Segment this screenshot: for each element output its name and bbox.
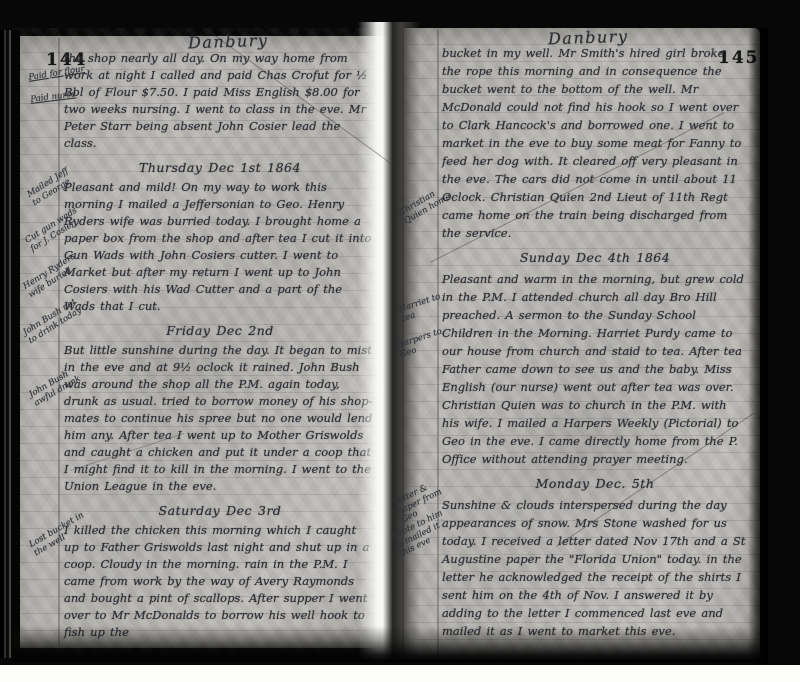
entry-heading-sunday: Sunday Dec 4th 1864	[442, 249, 748, 267]
page-stack-edge-bottom	[12, 626, 760, 662]
right-page-text-column: bucket in my well. Mr Smith's hired girl…	[442, 44, 748, 642]
entry-body-friday: But little sunshine during the day. It b…	[64, 342, 376, 495]
entry-heading-monday: Monday Dec. 5th	[442, 475, 748, 493]
entry-body-thursday: Pleasant and mild! On my way to work thi…	[64, 179, 376, 315]
entry-continuation: bucket in my well. Mr Smith's hired girl…	[442, 44, 748, 242]
entry-continuation: the shop nearly all day. On my way home …	[64, 50, 376, 152]
entry-heading-thursday: Thursday Dec 1st 1864	[64, 159, 376, 176]
entry-body-monday: Sunshine & clouds interspersed during th…	[442, 496, 748, 640]
entry-body-sunday: Pleasant and warm in the morning, but gr…	[442, 270, 748, 468]
left-page-text-column: the shop nearly all day. On my way home …	[64, 50, 376, 643]
diary-scan: Danbury Danbury 144 145 the shop nearly …	[0, 0, 800, 682]
entry-heading-saturday: Saturday Dec 3rd	[64, 502, 376, 519]
scan-bottom-margin	[0, 665, 800, 682]
margin-rule-left-page	[58, 38, 60, 646]
page-stack-edge-right	[748, 28, 768, 664]
entry-heading-friday: Friday Dec 2nd	[64, 322, 376, 339]
entry-body-saturday: I killed the chicken this morning which …	[64, 522, 376, 641]
page-stack-edge-left	[0, 30, 20, 658]
